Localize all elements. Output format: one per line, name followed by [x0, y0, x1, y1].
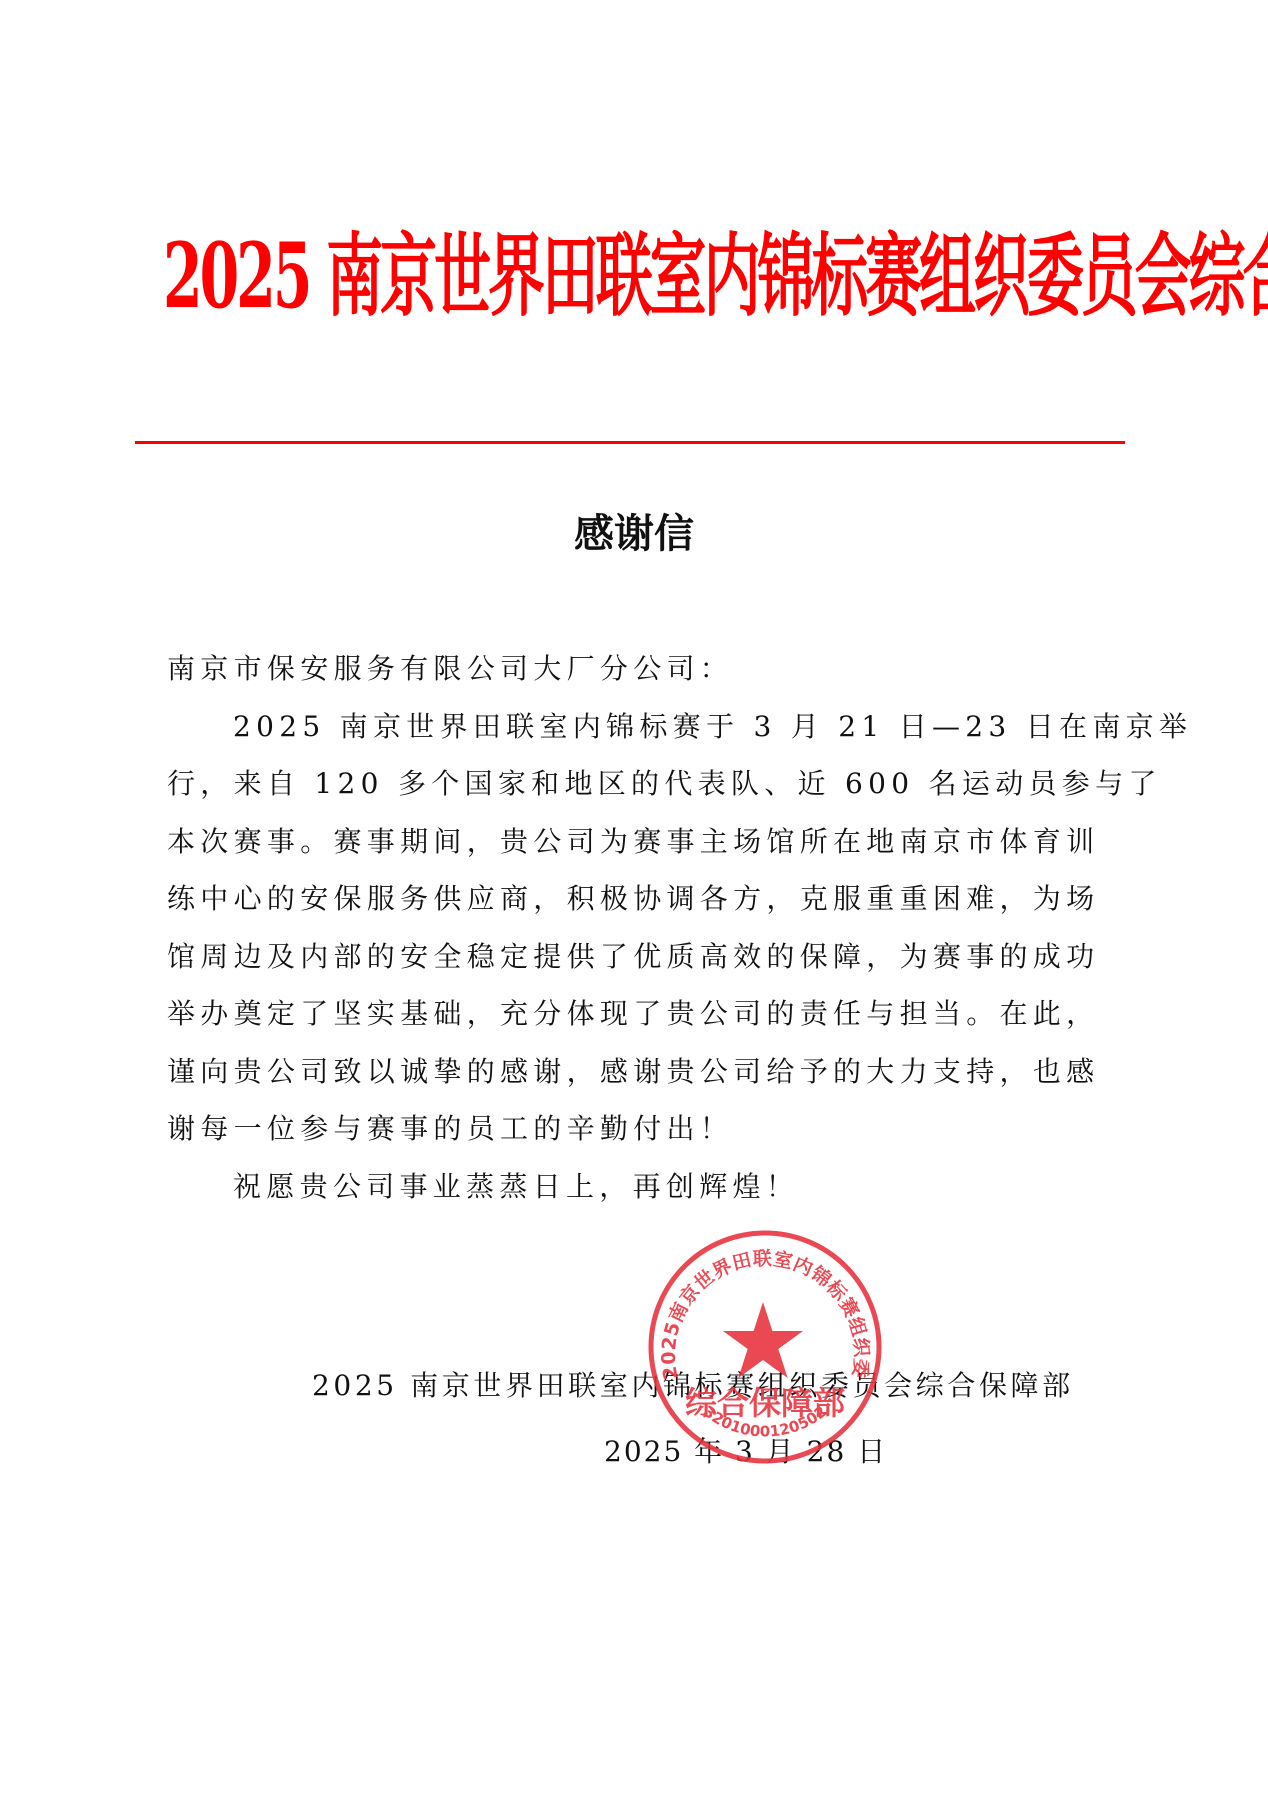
red-divider-rule — [135, 441, 1125, 444]
letter-body: 南京市保安服务有限公司大厂分公司： 2025 南京世界田联室内锦标赛于 3 月 … — [167, 640, 1107, 1215]
body-line: 谢每一位参与赛事的员工的辛勤付出！ — [167, 1100, 1107, 1158]
body-line: 2025 南京世界田联室内锦标赛于 3 月 21 日—23 日在南京举 — [167, 698, 1107, 756]
document-page: 2025 南京世界田联室内锦标赛组织委员会综合保障部 感谢信 南京市保安服务有限… — [0, 0, 1268, 1793]
salutation: 南京市保安服务有限公司大厂分公司： — [167, 640, 1107, 698]
closing-wish: 祝愿贵公司事业蒸蒸日上，再创辉煌！ — [167, 1158, 1107, 1216]
body-line: 行，来自 120 多个国家和地区的代表队、近 600 名运动员参与了 — [167, 755, 1107, 813]
body-line: 馆周边及内部的安全稳定提供了优质高效的保障，为赛事的成功 — [167, 928, 1107, 986]
body-line: 本次赛事。赛事期间，贵公司为赛事主场馆所在地南京市体育训 — [167, 813, 1107, 871]
letterhead-title: 2025 南京世界田联室内锦标赛组织委员会综合保障部 — [163, 202, 1268, 351]
signature-organization: 2025 南京世界田联室内锦标赛组织委员会综合保障部 — [312, 1364, 1074, 1408]
body-line: 谨向贵公司致以诚挚的感谢，感谢贵公司给予的大力支持，也感 — [167, 1043, 1107, 1101]
body-line: 练中心的安保服务供应商，积极协调各方，克服重重困难，为场 — [167, 870, 1107, 928]
signature-date: 2025 年 3 月 28 日 — [604, 1430, 887, 1474]
seal-ring-text: 2025南京世界田联室内锦标赛组织委员会 — [646, 1228, 873, 1381]
seal-ring — [651, 1233, 879, 1461]
letterhead: 2025 南京世界田联室内锦标赛组织委员会综合保障部 — [163, 228, 1125, 324]
letter-title: 感谢信 — [0, 506, 1268, 562]
body-line: 举办奠定了坚实基础，充分体现了贵公司的责任与担当。在此， — [167, 985, 1107, 1043]
